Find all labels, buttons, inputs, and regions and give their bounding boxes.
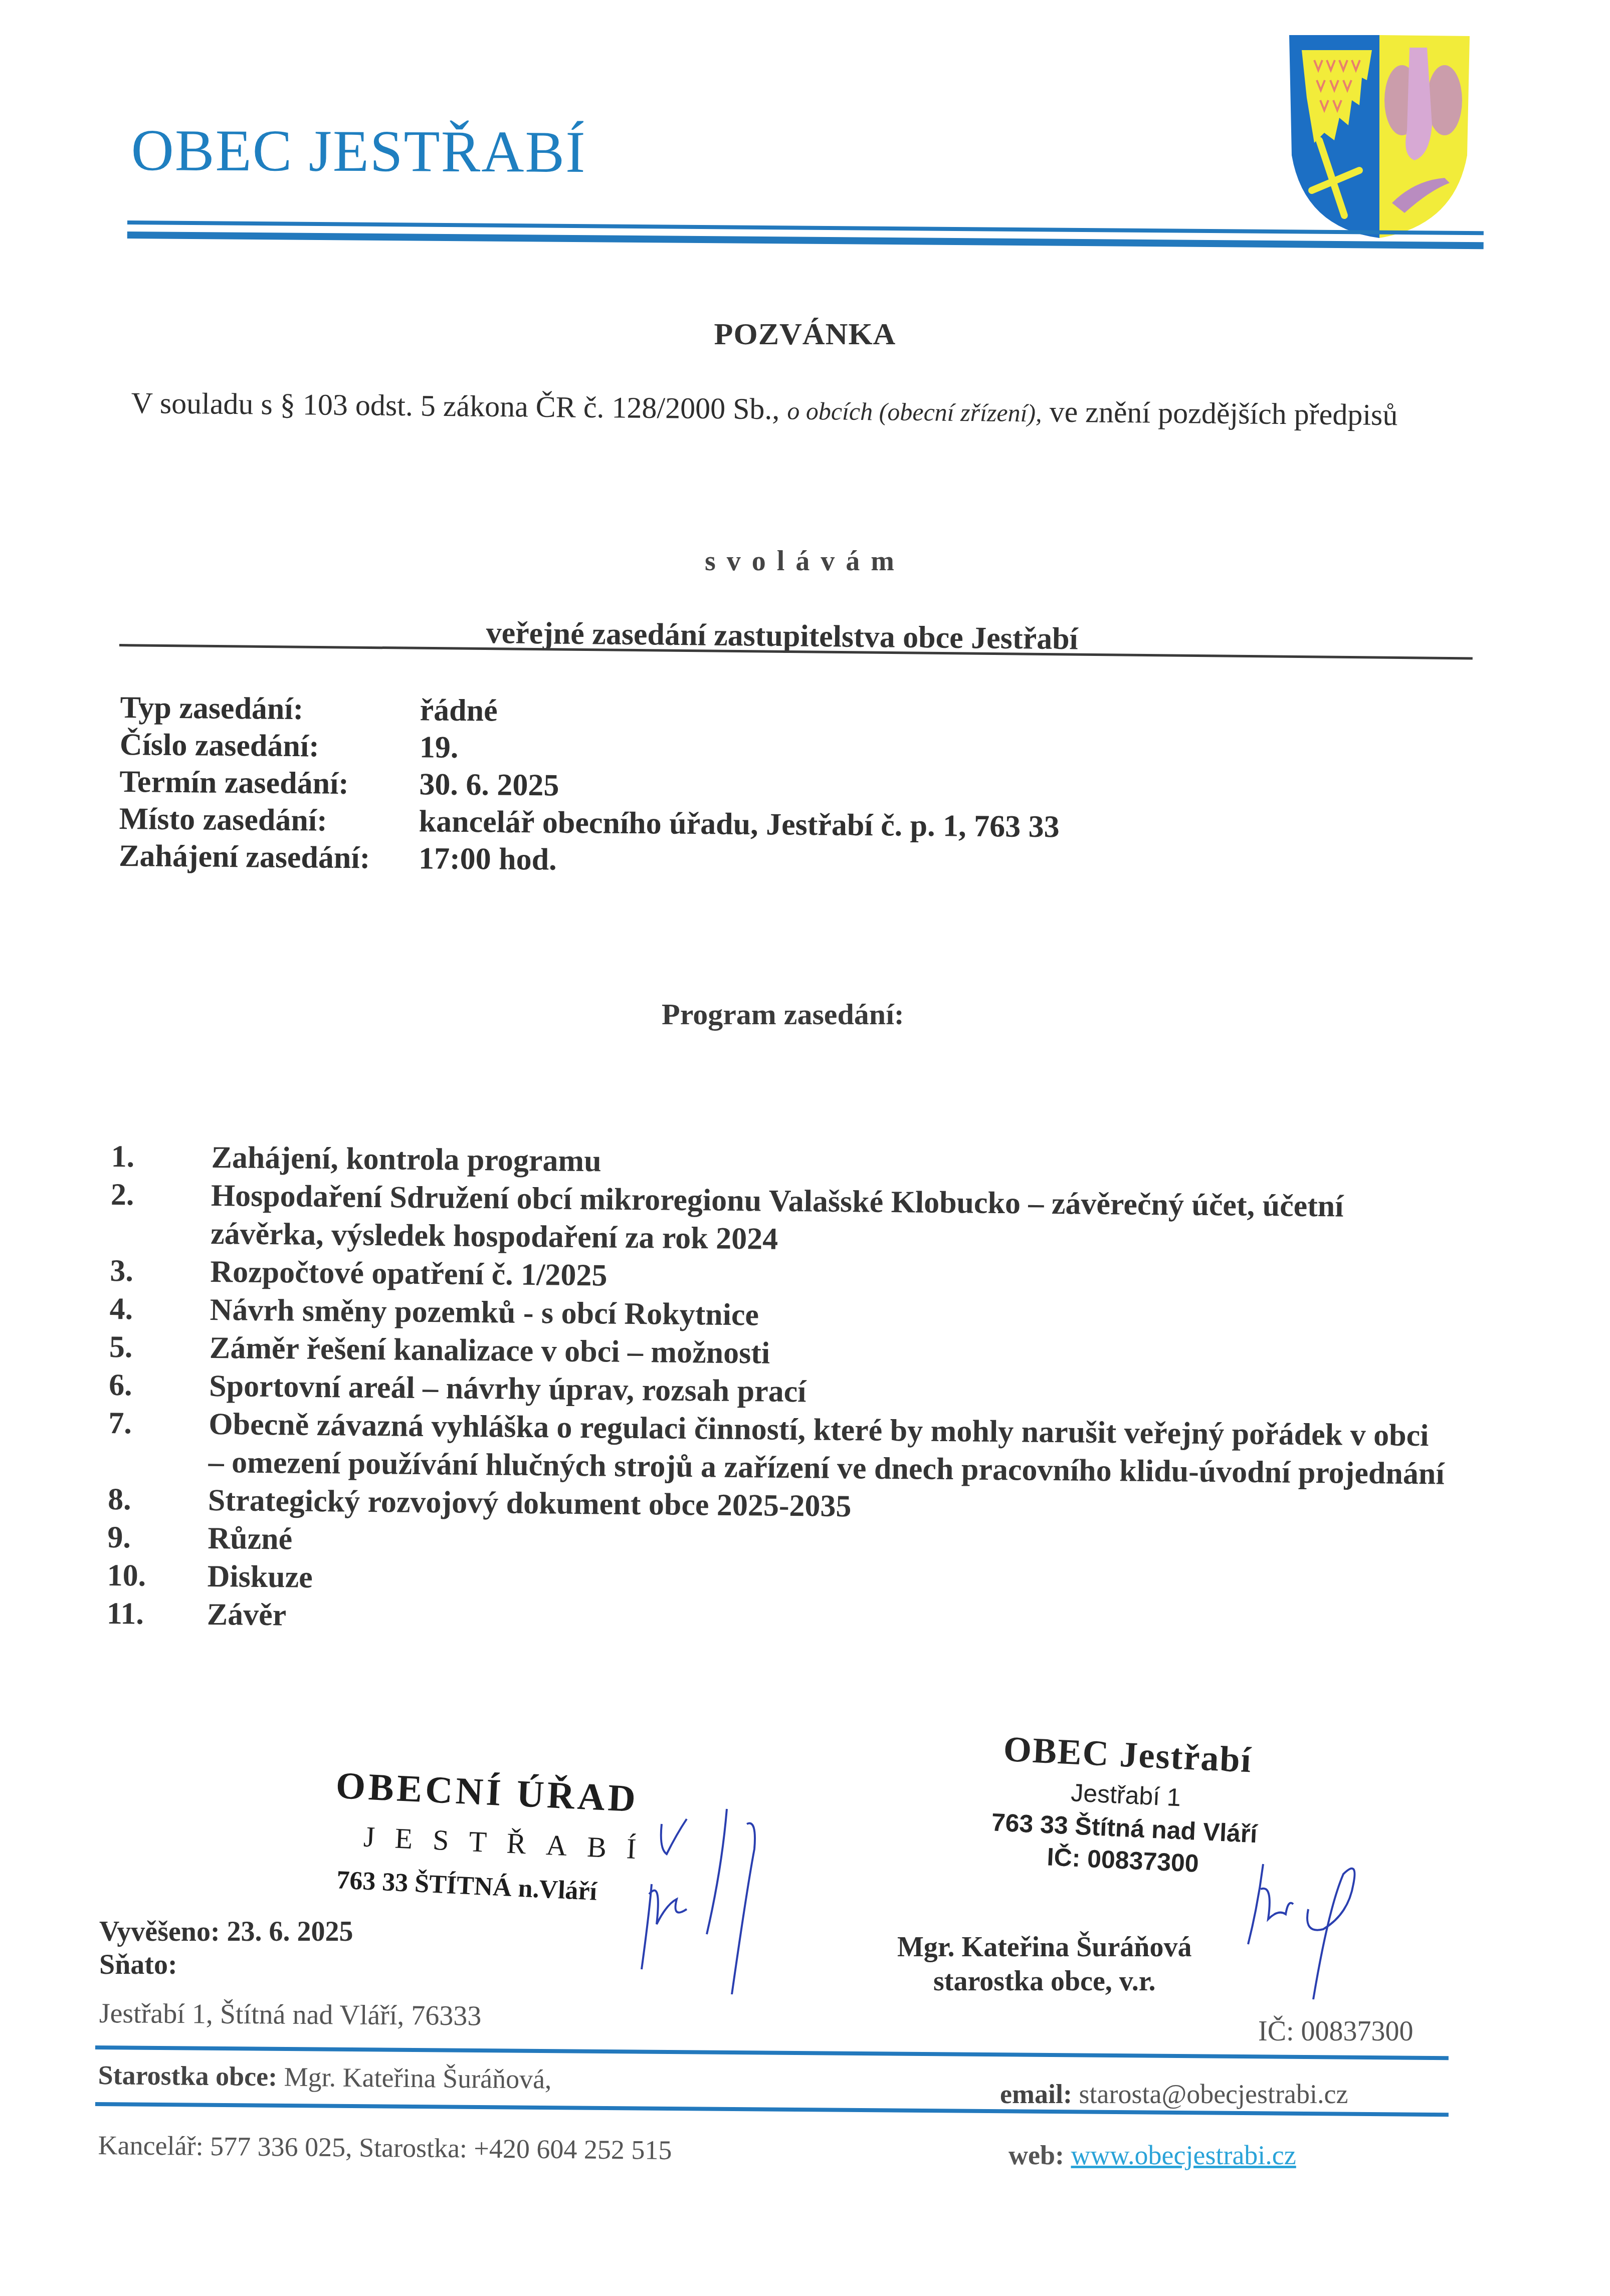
- detail-label: Číslo zasedání:: [120, 726, 420, 766]
- signer-block: Mgr. Kateřina Šuráňová starostka obce, v…: [897, 1930, 1191, 1998]
- meeting-details: Typ zasedání:řádné Číslo zasedání:19. Te…: [119, 689, 1061, 882]
- agenda-text: Obecně závazná vyhláška o regulaci činno…: [208, 1405, 1452, 1493]
- footer-web: web: www.obecjestrabi.cz: [1009, 2140, 1296, 2171]
- footer-phones: Kancelář: 577 336 025, Starostka: +420 6…: [98, 2130, 672, 2166]
- agenda-number: 7.: [108, 1404, 209, 1481]
- document-heading: POZVÁNKA: [0, 317, 1610, 352]
- header-divider: [127, 220, 1484, 252]
- detail-label: Zahájení zasedání:: [119, 837, 419, 877]
- posting-info: Vyvěšeno: 23. 6. 2025 Sňato:: [99, 1915, 353, 1981]
- removed-date: Sňato:: [99, 1948, 353, 1981]
- posted-date: Vyvěšeno: 23. 6. 2025: [99, 1915, 353, 1948]
- office-stamp: OBECNÍ ÚŘAD JESTŘABÍ 763 33 ŠTÍTNÁ n.Vlá…: [331, 1764, 659, 1909]
- agenda-number: 11.: [107, 1594, 208, 1634]
- detail-value: 17:00 hod.: [419, 840, 557, 878]
- agenda-number: 1.: [111, 1137, 212, 1177]
- footer-email-label: email:: [1000, 2079, 1072, 2109]
- detail-label: Typ zasedání:: [120, 689, 420, 729]
- office-stamp-line3: 763 33 ŠTÍTNÁ n.Vláří: [336, 1865, 655, 1909]
- agenda-list: 1.Zahájení, kontrola programu 2.Hospodař…: [107, 1137, 1465, 1646]
- agenda-item: 2.Hospodaření Sdružení obcí mikroregionu…: [110, 1176, 1464, 1265]
- agenda-item: 7.Obecně závazná vyhláška o regulaci čin…: [108, 1404, 1462, 1493]
- signature-icon: [632, 1804, 782, 1994]
- footer-mayor: Starostka obce: Mgr. Kateřina Šuráňová,: [98, 2059, 551, 2095]
- legal-intro: V souladu s § 103 odst. 5 zákona ČR č. 1…: [131, 386, 1397, 432]
- signer-name: Mgr. Kateřina Šuráňová: [897, 1930, 1191, 1964]
- signer-role: starostka obce, v.r.: [897, 1964, 1191, 1998]
- agenda-number: 5.: [109, 1328, 210, 1367]
- signature-icon: [1238, 1854, 1408, 2004]
- detail-value: 19.: [420, 729, 459, 766]
- detail-value: 30. 6. 2025: [419, 766, 559, 804]
- website-link[interactable]: www.obecjestrabi.cz: [1071, 2140, 1296, 2170]
- coat-of-arms-icon: [1284, 30, 1475, 241]
- footer-mayor-name: Mgr. Kateřina Šuráňová,: [284, 2062, 551, 2095]
- agenda-number: 9.: [107, 1518, 208, 1557]
- municipality-title: OBEC JESTŘABÍ: [131, 116, 586, 186]
- agenda-number: 10.: [107, 1556, 208, 1595]
- detail-value: řádné: [420, 692, 498, 729]
- agenda-number: 2.: [110, 1176, 211, 1253]
- footer-mayor-label: Starostka obce:: [98, 2060, 277, 2092]
- intro-italic: o obcích (obecní zřízení),: [787, 397, 1042, 427]
- footer-web-label: web:: [1009, 2140, 1064, 2170]
- office-stamp-line2: JESTŘABÍ: [363, 1820, 657, 1867]
- convening-statement: svolávám: [0, 545, 1610, 577]
- agenda-number: 3.: [110, 1252, 211, 1291]
- footer-ic: IČ: 00837300: [1258, 2015, 1414, 2047]
- office-stamp-line1: OBECNÍ ÚŘAD: [335, 1764, 660, 1822]
- detail-label: Termín zasedání:: [119, 763, 420, 803]
- intro-post: ve znění pozdějších předpisů: [1049, 395, 1397, 432]
- agenda-number: 8.: [108, 1480, 209, 1519]
- detail-label: Místo zasedání:: [119, 800, 419, 840]
- detail-value: kancelář obecního úřadu, Jestřabí č. p. …: [419, 803, 1060, 845]
- footer-email-address[interactable]: starosta@obecjestrabi.cz: [1079, 2079, 1348, 2109]
- agenda-number: 6.: [109, 1366, 210, 1405]
- agenda-number: 4.: [109, 1290, 210, 1329]
- intro-pre: V souladu s § 103 odst. 5 zákona ČR č. 1…: [131, 386, 779, 425]
- footer-divider: [95, 2045, 1449, 2060]
- footer-address: Jestřabí 1, Štítná nad Vláří, 76333: [99, 1997, 482, 2032]
- footer-email: email: starosta@obecjestrabi.cz: [1000, 2079, 1348, 2110]
- program-title: Program zasedání:: [662, 997, 904, 1032]
- agenda-text: Hospodaření Sdružení obcí mikroregionu V…: [211, 1177, 1454, 1265]
